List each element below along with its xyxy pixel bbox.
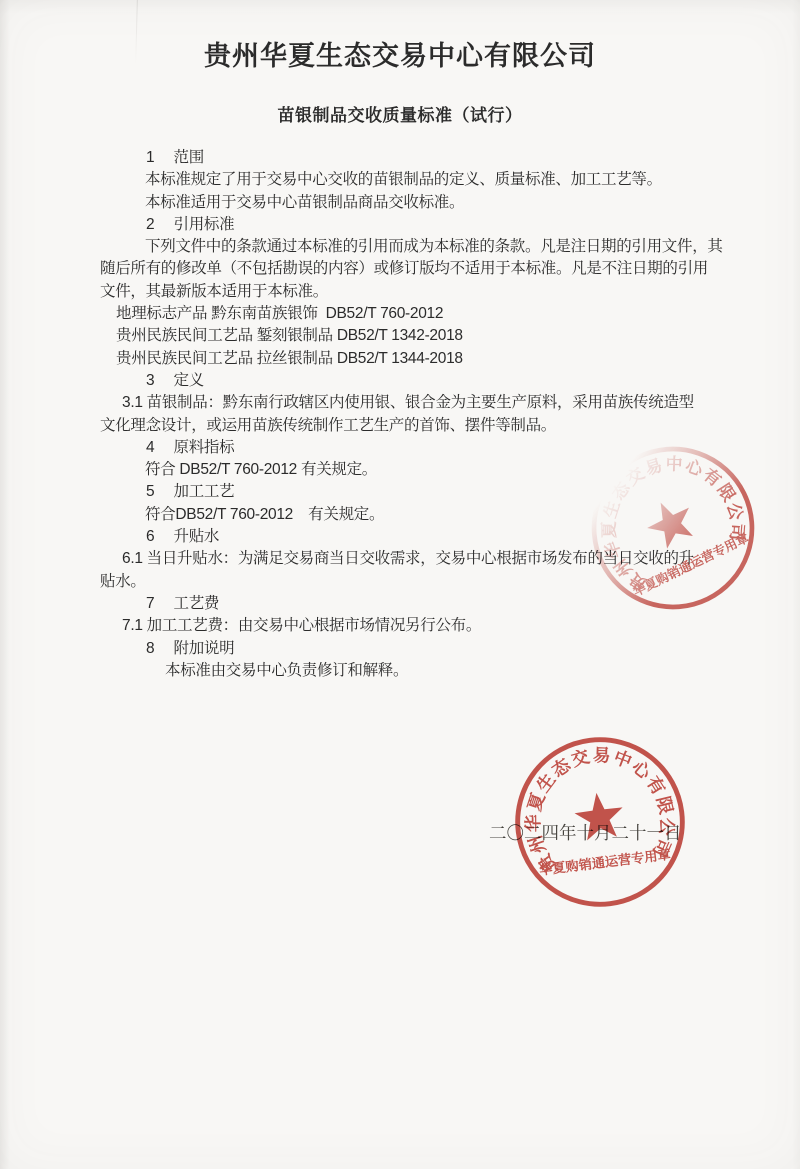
company-seal-top: 贵州华夏生态交易中心有限公司 华夏购销通运营专用章 [579,434,767,622]
text-line: 随后所有的修改单（不包括勘误的内容）或修订版均不适用于本标准。凡是不注日期的引用 [100,258,740,280]
text-line: 下列文件中的条款通过本标准的引用而成为本标准的条款。凡是注日期的引用文件，其 [100,236,740,258]
company-title: 贵州华夏生态交易中心有限公司 [0,34,800,73]
document-title: 苗银制品交收质量标准（试行） [0,101,800,126]
text-line: 本标准规定了用于交易中心交收的苗银制品的定义、质量标准、加工工艺等。 [100,169,740,191]
text-line: 文件，其最新版本适用于本标准。 [100,281,740,303]
seal-banner-text: 华夏购销通运营专用章 [631,530,752,599]
text-line: 贵州民族民间工艺品 錾刻银制品 DB52/T 1342-2018 [100,325,740,347]
text-line: 3.1 苗银制品：黔东南行政辖区内使用银、银合金为主要生产原料，采用苗族传统造型 [100,392,740,414]
date-text: 二〇二四年十月二十一日 [489,820,682,845]
text-line: 贵州民族民间工艺品 拉丝银制品 DB52/T 1344-2018 [100,348,740,370]
text-line: 本标准由交易中心负责修订和解释。 [100,660,740,682]
seal-graphic: 贵州华夏生态交易中心有限公司 华夏购销通运营专用章 [547,402,798,653]
text-line: 3 定义 [100,370,740,392]
scanned-page: 贵州华夏生态交易中心有限公司 苗银制品交收质量标准（试行） 1 范围本标准规定了… [0,0,800,1169]
star-icon [640,492,701,552]
text-line: 1 范围 [100,147,740,169]
text-line: 本标准适用于交易中心苗银制品商品交收标准。 [100,192,740,214]
text-line: 2 引用标准 [100,214,740,236]
text-line: 8 附加说明 [100,638,740,660]
seal-banner-text: 华夏购销通运营专用章 [538,846,671,878]
text-line: 地理标志产品 黔东南苗族银饰 DB52/T 760-2012 [100,303,740,325]
